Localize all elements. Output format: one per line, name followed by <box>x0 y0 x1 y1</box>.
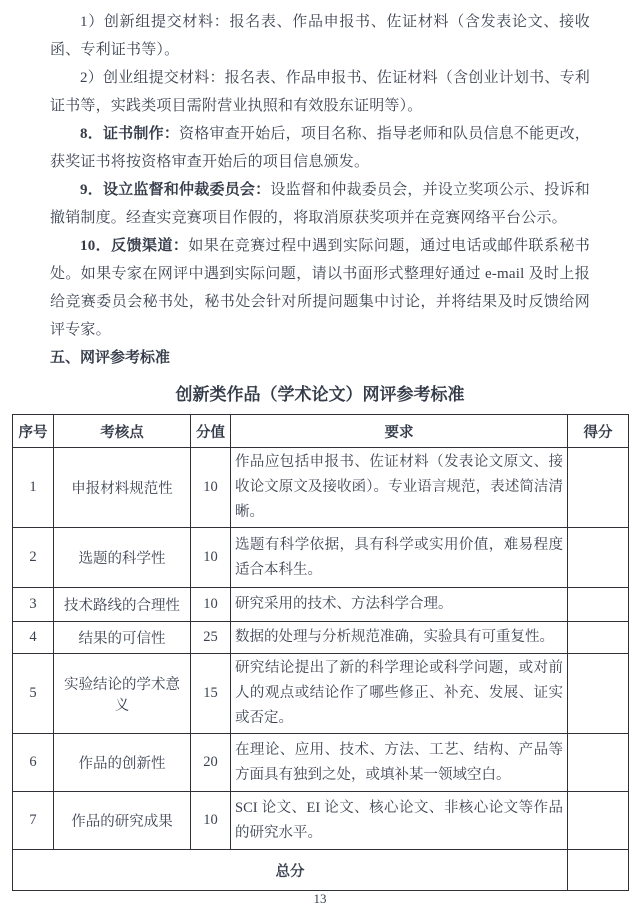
cell-no: 7 <box>13 792 54 850</box>
cell-requirement: 数据的处理与分析规范准确，实验具有可重复性。 <box>231 622 568 654</box>
cell-no: 6 <box>13 734 54 792</box>
cell-score: 10 <box>191 792 231 850</box>
cell-point: 申报材料规范性 <box>54 448 191 528</box>
table-title: 创新类作品（学术论文）网评参考标准 <box>0 383 640 407</box>
section-heading-review-criteria: 五、网评参考标准 <box>50 344 590 372</box>
cell-point: 技术路线的合理性 <box>54 588 191 622</box>
header-cell-grade: 得分 <box>568 415 629 448</box>
review-criteria-table: 序号 考核点 分值 要求 得分 1 申报材料规范性 10 作品应包括申报书、佐证… <box>12 414 629 891</box>
table-row: 5 实验结论的学术意义 15 研究结论提出了新的科学理论或科学问题，或对前人的观… <box>13 654 629 734</box>
cell-point: 结果的可信性 <box>54 622 191 654</box>
paragraph-certificate-production: 8．证书制作：资格审查开始后，项目名称、指导老师和队员信息不能更改，获奖证书将按… <box>50 120 590 176</box>
cell-grade <box>568 734 629 792</box>
table-row: 1 申报材料规范性 10 作品应包括申报书、佐证材料（发表论文原文、接收论文原文… <box>13 448 629 528</box>
table-header-row: 序号 考核点 分值 要求 得分 <box>13 415 629 448</box>
cell-grade <box>568 654 629 734</box>
page-number: 13 <box>0 891 640 907</box>
cell-grade <box>568 528 629 588</box>
table-row: 4 结果的可信性 25 数据的处理与分析规范准确，实验具有可重复性。 <box>13 622 629 654</box>
paragraph-feedback-channel: 10．反馈渠道：如果在竞赛过程中遇到实际问题，通过电话或邮件联系秘书处。如果专家… <box>50 232 590 344</box>
cell-score: 10 <box>191 528 231 588</box>
paragraph-prefix: 8．证书制作： <box>80 126 179 142</box>
table-total-row: 总分 <box>13 850 629 891</box>
cell-score: 15 <box>191 654 231 734</box>
cell-requirement: SCI 论文、EI 论文、核心论文、非核心论文等作品的研究水平。 <box>231 792 568 850</box>
cell-requirement: 在理论、应用、技术、方法、工艺、结构、产品等方面具有独到之处，或填补某一领域空白… <box>231 734 568 792</box>
paragraph-prefix: 9．设立监督和仲裁委员会： <box>80 182 270 198</box>
cell-requirement: 选题有科学依据，具有科学或实用价值，难易程度适合本科生。 <box>231 528 568 588</box>
table-row: 2 选题的科学性 10 选题有科学依据，具有科学或实用价值，难易程度适合本科生。 <box>13 528 629 588</box>
cell-score: 25 <box>191 622 231 654</box>
paragraph-supervision-committee: 9．设立监督和仲裁委员会：设监督和仲裁委员会，并设立奖项公示、投诉和撤销制度。经… <box>50 176 590 232</box>
cell-requirement: 研究采用的技术、方法科学合理。 <box>231 588 568 622</box>
cell-score: 10 <box>191 588 231 622</box>
cell-point: 作品的创新性 <box>54 734 191 792</box>
cell-grade <box>568 622 629 654</box>
header-cell-point: 考核点 <box>54 415 191 448</box>
body-text-block: 1）创新组提交材料：报名表、作品申报书、佐证材料（含发表论文、接收函、专利证书等… <box>0 0 640 372</box>
cell-grade <box>568 448 629 528</box>
header-cell-score: 分值 <box>191 415 231 448</box>
paragraph-prefix: 10．反馈渠道： <box>80 238 188 254</box>
paragraph-body: 2）创业组提交材料：报名表、作品申报书、佐证材料（含创业计划书、专利证书等，实践… <box>50 70 590 114</box>
total-grade-cell <box>568 850 629 891</box>
table-row: 3 技术路线的合理性 10 研究采用的技术、方法科学合理。 <box>13 588 629 622</box>
header-cell-no: 序号 <box>13 415 54 448</box>
cell-point: 作品的研究成果 <box>54 792 191 850</box>
cell-score: 20 <box>191 734 231 792</box>
total-label-cell: 总分 <box>13 850 568 891</box>
document-page: 1）创新组提交材料：报名表、作品申报书、佐证材料（含发表论文、接收函、专利证书等… <box>0 0 640 919</box>
cell-point: 选题的科学性 <box>54 528 191 588</box>
paragraph-body: 1）创新组提交材料：报名表、作品申报书、佐证材料（含发表论文、接收函、专利证书等… <box>50 14 590 58</box>
cell-no: 4 <box>13 622 54 654</box>
cell-requirement: 作品应包括申报书、佐证材料（发表论文原文、接收论文原文及接收函）。专业语言规范，… <box>231 448 568 528</box>
paragraph-innovation-materials: 1）创新组提交材料：报名表、作品申报书、佐证材料（含发表论文、接收函、专利证书等… <box>50 8 590 64</box>
header-cell-requirement: 要求 <box>231 415 568 448</box>
cell-grade <box>568 792 629 850</box>
cell-grade <box>568 588 629 622</box>
cell-score: 10 <box>191 448 231 528</box>
cell-no: 1 <box>13 448 54 528</box>
cell-no: 3 <box>13 588 54 622</box>
cell-point: 实验结论的学术意义 <box>54 654 191 734</box>
table-row: 7 作品的研究成果 10 SCI 论文、EI 论文、核心论文、非核心论文等作品的… <box>13 792 629 850</box>
cell-no: 5 <box>13 654 54 734</box>
paragraph-entrepreneurship-materials: 2）创业组提交材料：报名表、作品申报书、佐证材料（含创业计划书、专利证书等，实践… <box>50 64 590 120</box>
table-row: 6 作品的创新性 20 在理论、应用、技术、方法、工艺、结构、产品等方面具有独到… <box>13 734 629 792</box>
cell-requirement: 研究结论提出了新的科学理论或科学问题，或对前人的观点或结论作了哪些修正、补充、发… <box>231 654 568 734</box>
cell-no: 2 <box>13 528 54 588</box>
